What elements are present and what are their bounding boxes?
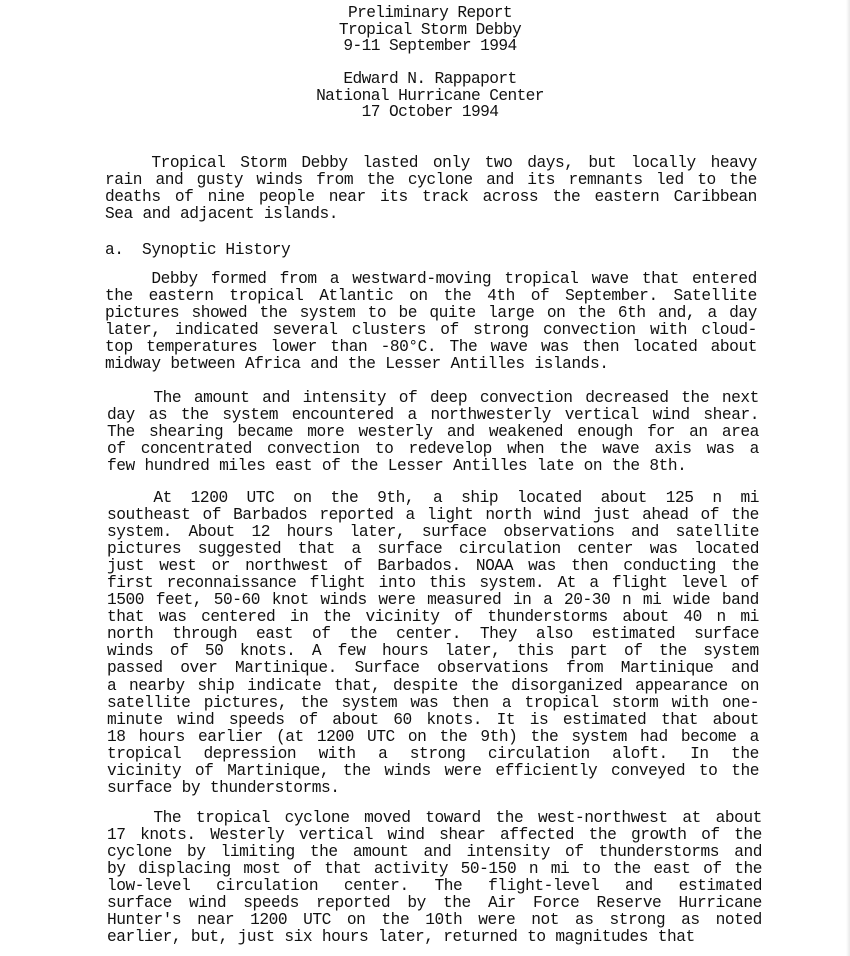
text-line: bydisplacingmostofthatactivity50-150nmit… (107, 861, 762, 878)
body-paragraph: Debbyformedfromawestward-movingtropicalw… (105, 271, 757, 373)
report-type: Preliminary Report (0, 5, 850, 22)
text-line: surfacebythunderstorms. (107, 780, 759, 797)
body-paragraph: Theamountandintensityofdeepconvectiondec… (107, 390, 759, 475)
text-line: system.About12hourslater,surfaceobservat… (107, 524, 759, 541)
author-block: Edward N. Rappaport National Hurricane C… (0, 71, 850, 121)
text-line: Theshearingbecamemorewesterlyandweakened… (107, 424, 759, 441)
text-line: later,indicatedseveralclustersofstrongco… (105, 322, 757, 339)
text-line: TropicalStormDebbylastedonlytwodays,butl… (105, 155, 757, 172)
text-line: surfacewindspeedsreportedbytheAirForceRe… (107, 895, 762, 912)
text-line: tropicaldepressionwithastrongcirculation… (107, 746, 759, 763)
report-title-block: Preliminary Report Tropical Storm Debby … (0, 5, 850, 55)
text-line: windsof50knots.Afewhourslater,thispartof… (107, 643, 759, 660)
storm-name: Tropical Storm Debby (0, 22, 850, 39)
report-date: 17 October 1994 (0, 104, 850, 121)
document-page: Preliminary Report Tropical Storm Debby … (0, 0, 850, 956)
text-line: Thetropicalcyclonemovedtowardthewest-nor… (107, 810, 762, 827)
text-line: firstreconnaissanceflightintothissystem.… (107, 575, 759, 592)
storm-dates: 9-11 September 1994 (0, 38, 850, 55)
text-line: low-levelcirculationcenter.Theflight-lev… (107, 878, 762, 895)
text-line: 17knots.Westerlyverticalwindshearaffecte… (107, 827, 762, 844)
text-line: southeastofBarbadosreportedalightnorthwi… (107, 507, 759, 524)
text-line: anearbyshipindicatethat,despitethedisorg… (107, 678, 759, 695)
section-heading-synoptic-history: a. Synoptic History (105, 241, 290, 259)
text-line: rainandgustywindsfromthecycloneanditsrem… (105, 172, 757, 189)
text-line: theeasterntropicalAtlanticonthe4thofSept… (105, 288, 757, 305)
intro-paragraph: TropicalStormDebbylastedonlytwodays,butl… (105, 155, 757, 223)
text-line: satellitepictures,thesystemwasthenatropi… (107, 695, 759, 712)
body-paragraph: At1200UTConthe9th,ashiplocatedabout125nm… (107, 490, 759, 797)
text-line: 1500feet,50-60knotwindsweremeasuredina20… (107, 592, 759, 609)
scan-edge (846, 0, 850, 956)
text-line: passedoverMartinique.Surfaceobservations… (107, 660, 759, 677)
text-line: picturesshowedthesystemtobequitelargeont… (105, 305, 757, 322)
text-line: toptemperatureslowerthan-80°C.Thewavewas… (105, 339, 757, 356)
text-line: cyclonebylimitingtheamountandintensityof… (107, 844, 762, 861)
text-line: justwestornorthwestofBarbados.NOAAwasthe… (107, 558, 759, 575)
text-line: deathsofninepeoplenearitstrackacrossthee… (105, 189, 757, 206)
text-line: dayasthesystemencounteredanorthwesterlyv… (107, 407, 759, 424)
text-line: midwaybetweenAfricaandtheLesserAntillesi… (105, 356, 757, 373)
text-line: Debbyformedfromawestward-movingtropicalw… (105, 271, 757, 288)
text-line: earlier,but,justsixhourslater,returnedto… (107, 929, 762, 946)
text-line: ofconcentratedconvectiontoredevelopwhent… (107, 441, 759, 458)
text-line: At1200UTConthe9th,ashiplocatedabout125nm… (107, 490, 759, 507)
text-line: 18hoursearlier(at1200UTConthe9th)thesyst… (107, 729, 759, 746)
text-line: fewhundredmileseastoftheLesserAntillesla… (107, 458, 759, 475)
text-line: picturessuggestedthatasurfacecirculation… (107, 541, 759, 558)
text-line: thatwascenteredinthevicinityofthundersto… (107, 609, 759, 626)
text-line: Hunter'snear1200UTConthe10thwerenotasstr… (107, 912, 762, 929)
text-line: Seaandadjacentislands. (105, 206, 757, 223)
text-line: vicinityofMartinique,thewindswereefficie… (107, 763, 759, 780)
author-name: Edward N. Rappaport (0, 71, 850, 88)
text-line: norththrougheastofthecenter.Theyalsoesti… (107, 626, 759, 643)
author-organization: National Hurricane Center (0, 88, 850, 105)
text-line: minutewindspeedsofabout60knots.Itisestim… (107, 712, 759, 729)
text-line: Theamountandintensityofdeepconvectiondec… (107, 390, 759, 407)
body-paragraph: Thetropicalcyclonemovedtowardthewest-nor… (107, 810, 762, 946)
